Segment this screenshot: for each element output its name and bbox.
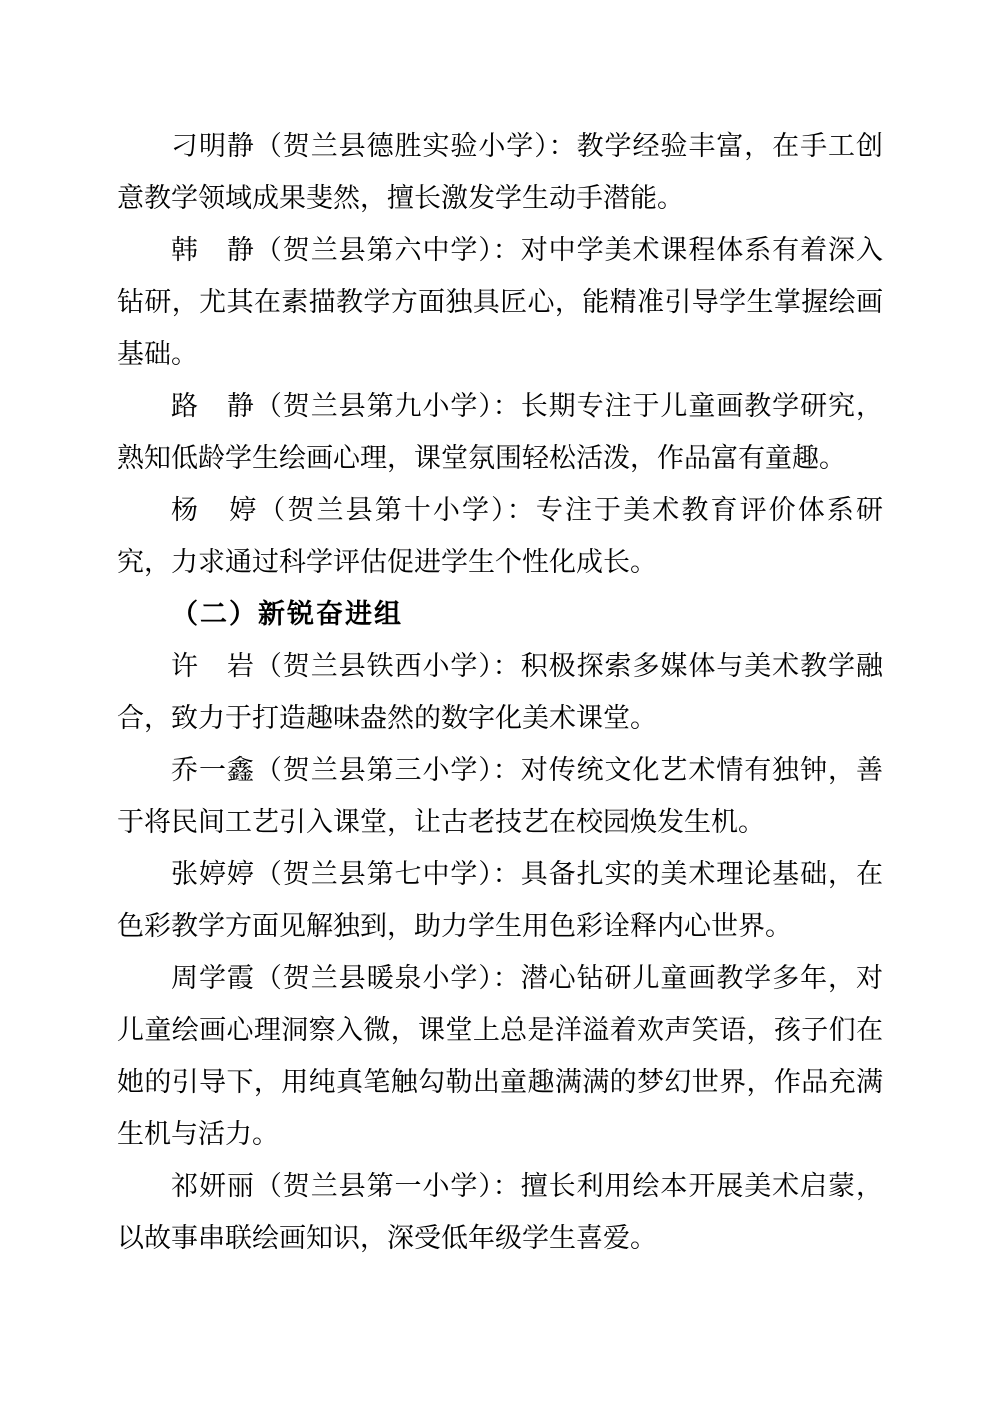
section-heading-group-two: （二）新锐奋进组 <box>117 588 883 640</box>
paragraph-teacher-lujing: 路 静（贺兰县第九小学）：长期专注于儿童画教学研究，熟知低龄学生绘画心理，课堂氛… <box>117 380 883 484</box>
paragraph-teacher-zhouxuexia: 周学霞（贺兰县暖泉小学）：潜心钻研儿童画教学多年，对儿童绘画心理洞察入微，课堂上… <box>117 952 883 1160</box>
paragraph-teacher-qiaoyixin: 乔一鑫（贺兰县第三小学）：对传统文化艺术情有独钟，善于将民间工艺引入课堂，让古老… <box>117 744 883 848</box>
paragraph-teacher-diaomingjing: 刁明静（贺兰县德胜实验小学）：教学经验丰富，在手工创意教学领域成果斐然，擅长激发… <box>117 120 883 224</box>
document-body: 刁明静（贺兰县德胜实验小学）：教学经验丰富，在手工创意教学领域成果斐然，擅长激发… <box>117 120 883 1264</box>
paragraph-teacher-yangting: 杨 婷（贺兰县第十小学）：专注于美术教育评价体系研究，力求通过科学评估促进学生个… <box>117 484 883 588</box>
paragraph-teacher-hanjing: 韩 静（贺兰县第六中学）：对中学美术课程体系有着深入钻研，尤其在素描教学方面独具… <box>117 224 883 380</box>
paragraph-teacher-xuyan: 许 岩（贺兰县铁西小学）：积极探索多媒体与美术教学融合，致力于打造趣味盎然的数字… <box>117 640 883 744</box>
paragraph-teacher-zhangtingting: 张婷婷（贺兰县第七中学）：具备扎实的美术理论基础，在色彩教学方面见解独到，助力学… <box>117 848 883 952</box>
document-page: 刁明静（贺兰县德胜实验小学）：教学经验丰富，在手工创意教学领域成果斐然，擅长激发… <box>0 0 1000 1414</box>
paragraph-teacher-qiyanli: 祁妍丽（贺兰县第一小学）：擅长利用绘本开展美术启蒙，以故事串联绘画知识，深受低年… <box>117 1160 883 1264</box>
